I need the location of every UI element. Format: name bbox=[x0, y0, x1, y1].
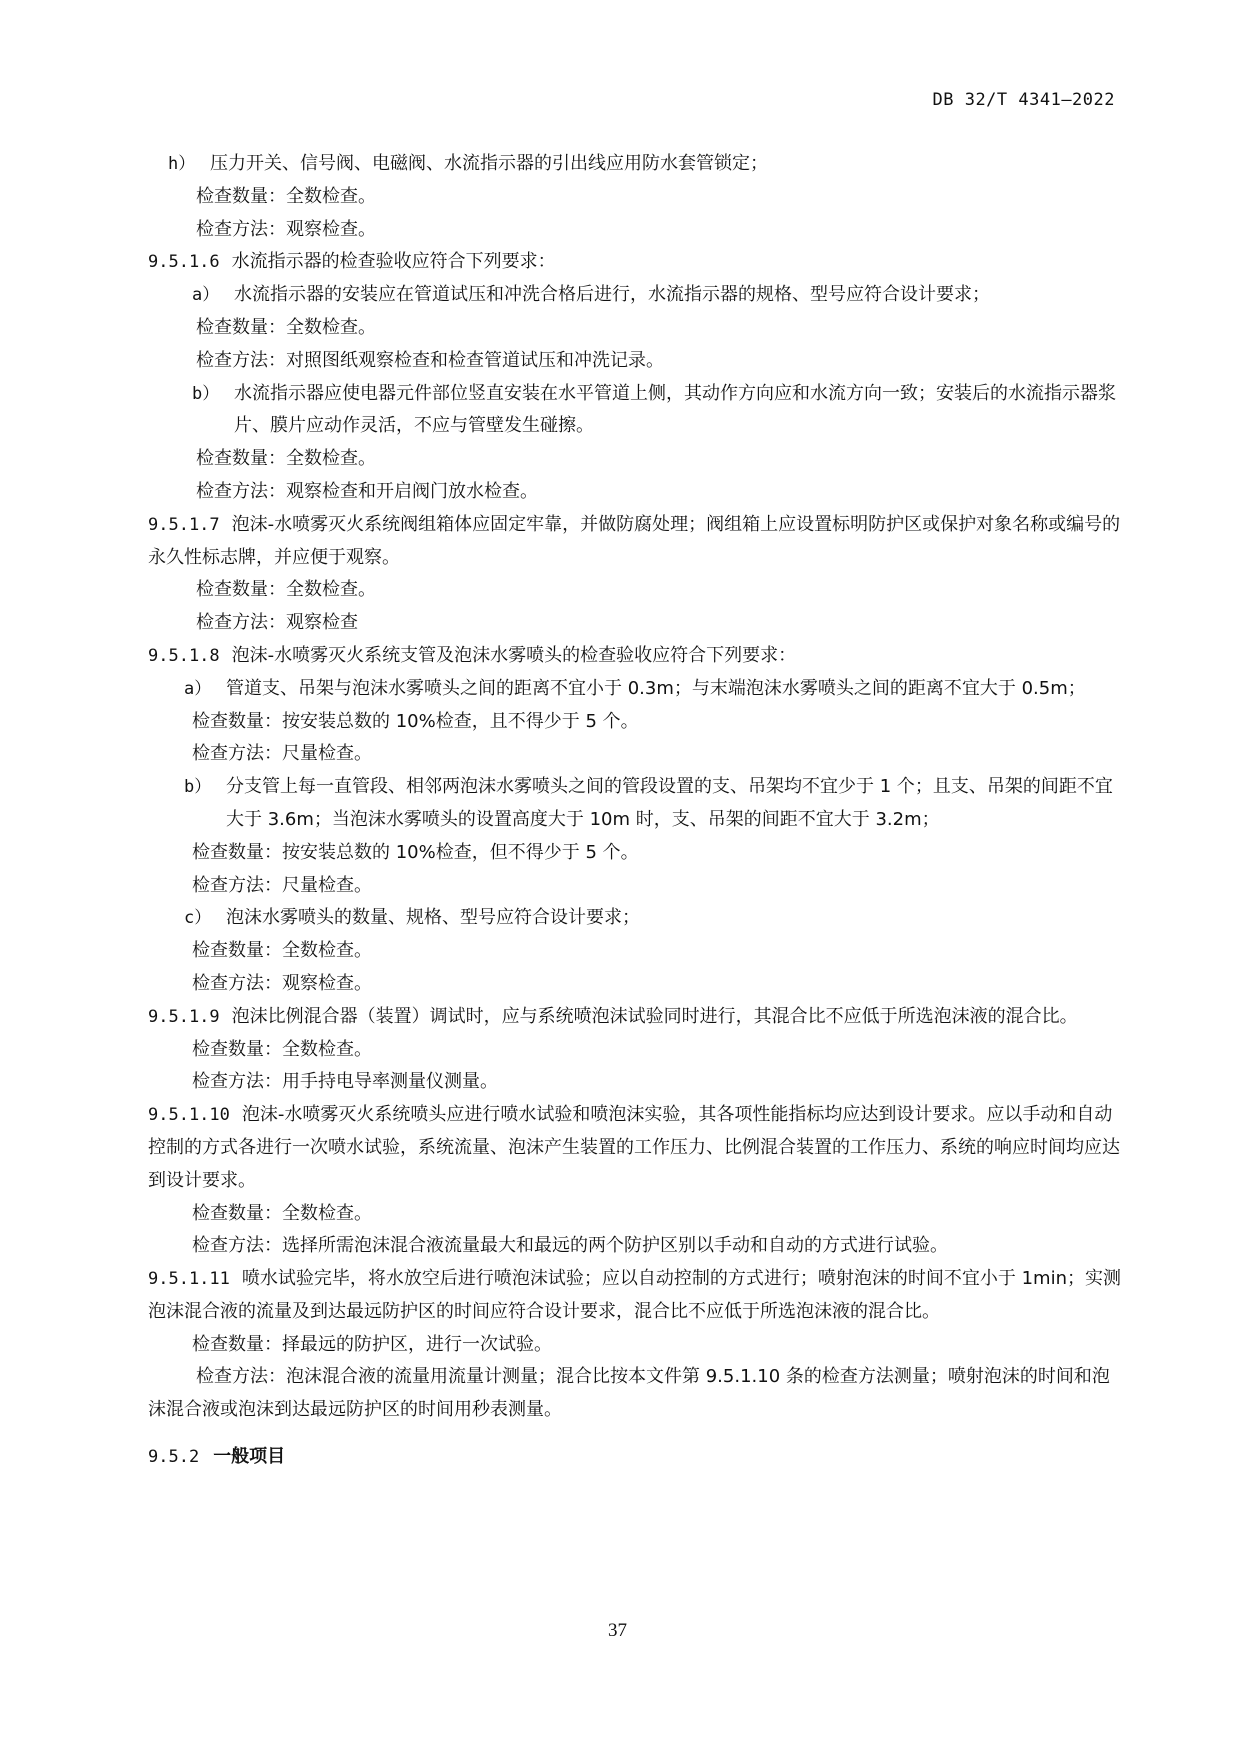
item-label: a） bbox=[184, 673, 226, 706]
page-number: 37 bbox=[0, 1620, 1235, 1642]
clause-9-5-1-6: 9.5.1.6水流指示器的检查验收应符合下列要求： bbox=[148, 246, 1123, 279]
item-text: 水流指示器应使电器元件部位竖直安装在水平管道上侧，其动作方向应和水流方向一致；安… bbox=[234, 378, 1123, 444]
clause-number: 9.5.1.10 bbox=[148, 1105, 230, 1125]
check-quantity: 检查数量：择最远的防护区，进行一次试验。 bbox=[148, 1329, 1123, 1362]
list-item-c: c） 泡沫水雾喷头的数量、规格、型号应符合设计要求； bbox=[148, 902, 1123, 935]
clause-text: 喷水试验完毕，将水放空后进行喷泡沫试验；应以自动控制的方式进行；喷射泡沫的时间不… bbox=[148, 1268, 1121, 1322]
check-quantity: 检查数量：全数检查。 bbox=[148, 181, 1123, 214]
item-label: c） bbox=[184, 902, 226, 935]
clause-text: 泡沫-水喷雾灭火系统喷头应进行喷水试验和喷泡沫实验，其各项性能指标均应达到设计要… bbox=[148, 1104, 1120, 1191]
check-method: 检查方法：对照图纸观察检查和检查管道试压和冲洗记录。 bbox=[148, 345, 1123, 378]
item-label: b） bbox=[184, 771, 226, 837]
check-method: 检查方法：观察检查 bbox=[148, 607, 1123, 640]
check-quantity: 检查数量：全数检查。 bbox=[148, 1198, 1123, 1231]
list-item-b: b） 分支管上每一直管段、相邻两泡沫水雾喷头之间的管段设置的支、吊架均不宜少于 … bbox=[148, 771, 1123, 837]
check-quantity: 检查数量：全数检查。 bbox=[148, 574, 1123, 607]
check-method: 检查方法：泡沫混合液的流量用流量计测量；混合比按本文件第 9.5.1.10 条的… bbox=[148, 1361, 1123, 1427]
clause-text: 泡沫-水喷雾灭火系统支管及泡沫水雾喷头的检查验收应符合下列要求： bbox=[232, 645, 797, 666]
section-number: 9.5.2 bbox=[148, 1447, 199, 1467]
clause-number: 9.5.1.11 bbox=[148, 1269, 230, 1289]
item-label: a） bbox=[192, 279, 234, 312]
check-method: 检查方法：尺量检查。 bbox=[148, 870, 1123, 903]
clause-9-5-1-8: 9.5.1.8泡沫-水喷雾灭火系统支管及泡沫水雾喷头的检查验收应符合下列要求： bbox=[148, 640, 1123, 673]
check-method: 检查方法：选择所需泡沫混合液流量最大和最远的两个防护区别以手动和自动的方式进行试… bbox=[148, 1230, 1123, 1263]
clause-text: 水流指示器的检查验收应符合下列要求： bbox=[232, 251, 556, 272]
item-text: 管道支、吊架与泡沫水雾喷头之间的距离不宜小于 0.3m；与末端泡沫水雾喷头之间的… bbox=[226, 673, 1123, 706]
clause-text: 泡沫比例混合器（装置）调试时，应与系统喷泡沫试验同时进行，其混合比不应低于所选泡… bbox=[232, 1006, 1078, 1027]
item-label: h） bbox=[168, 148, 210, 181]
clause-number: 9.5.1.9 bbox=[148, 1007, 220, 1027]
check-method: 检查方法：观察检查。 bbox=[148, 214, 1123, 247]
clause-text: 泡沫-水喷雾灭火系统阀组箱体应固定牢靠，并做防腐处理；阀组箱上应设置标明防护区或… bbox=[148, 514, 1120, 568]
check-quantity: 检查数量：全数检查。 bbox=[148, 443, 1123, 476]
check-quantity: 检查数量：按安装总数的 10%检查，且不得少于 5 个。 bbox=[148, 706, 1123, 739]
check-method: 检查方法：尺量检查。 bbox=[148, 738, 1123, 771]
list-item-a: a） 管道支、吊架与泡沫水雾喷头之间的距离不宜小于 0.3m；与末端泡沫水雾喷头… bbox=[148, 673, 1123, 706]
document-code-header: DB 32/T 4341—2022 bbox=[933, 90, 1116, 110]
check-quantity: 检查数量：全数检查。 bbox=[148, 935, 1123, 968]
list-item-a: a） 水流指示器的安装应在管道试压和冲洗合格后进行，水流指示器的规格、型号应符合… bbox=[148, 279, 1123, 312]
clause-9-5-1-11: 9.5.1.11喷水试验完毕，将水放空后进行喷泡沫试验；应以自动控制的方式进行；… bbox=[148, 1263, 1123, 1329]
clause-number: 9.5.1.8 bbox=[148, 646, 220, 666]
check-method: 检查方法：观察检查和开启阀门放水检查。 bbox=[148, 476, 1123, 509]
clause-number: 9.5.1.6 bbox=[148, 252, 220, 272]
document-body: h） 压力开关、信号阀、电磁阀、水流指示器的引出线应用防水套管锁定； 检查数量：… bbox=[148, 148, 1123, 1474]
item-text: 泡沫水雾喷头的数量、规格、型号应符合设计要求； bbox=[226, 902, 1123, 935]
item-text: 水流指示器的安装应在管道试压和冲洗合格后进行，水流指示器的规格、型号应符合设计要… bbox=[234, 279, 1123, 312]
section-title: 一般项目 bbox=[213, 1446, 285, 1467]
section-heading-9-5-2: 9.5.2一般项目 bbox=[148, 1441, 1123, 1474]
item-text: 分支管上每一直管段、相邻两泡沫水雾喷头之间的管段设置的支、吊架均不宜少于 1 个… bbox=[226, 771, 1123, 837]
list-item-b: b） 水流指示器应使电器元件部位竖直安装在水平管道上侧，其动作方向应和水流方向一… bbox=[148, 378, 1123, 444]
clause-9-5-1-10: 9.5.1.10泡沫-水喷雾灭火系统喷头应进行喷水试验和喷泡沫实验，其各项性能指… bbox=[148, 1099, 1123, 1197]
check-quantity: 检查数量：全数检查。 bbox=[148, 312, 1123, 345]
item-text: 压力开关、信号阀、电磁阀、水流指示器的引出线应用防水套管锁定； bbox=[210, 148, 1123, 181]
item-label: b） bbox=[192, 378, 234, 444]
check-method: 检查方法：用手持电导率测量仪测量。 bbox=[148, 1066, 1123, 1099]
clause-9-5-1-7: 9.5.1.7泡沫-水喷雾灭火系统阀组箱体应固定牢靠，并做防腐处理；阀组箱上应设… bbox=[148, 509, 1123, 575]
check-method: 检查方法：观察检查。 bbox=[148, 968, 1123, 1001]
check-quantity: 检查数量：全数检查。 bbox=[148, 1034, 1123, 1067]
list-item-h: h） 压力开关、信号阀、电磁阀、水流指示器的引出线应用防水套管锁定； bbox=[148, 148, 1123, 181]
clause-number: 9.5.1.7 bbox=[148, 515, 220, 535]
check-quantity: 检查数量：按安装总数的 10%检查，但不得少于 5 个。 bbox=[148, 837, 1123, 870]
clause-9-5-1-9: 9.5.1.9泡沫比例混合器（装置）调试时，应与系统喷泡沫试验同时进行，其混合比… bbox=[148, 1001, 1123, 1034]
